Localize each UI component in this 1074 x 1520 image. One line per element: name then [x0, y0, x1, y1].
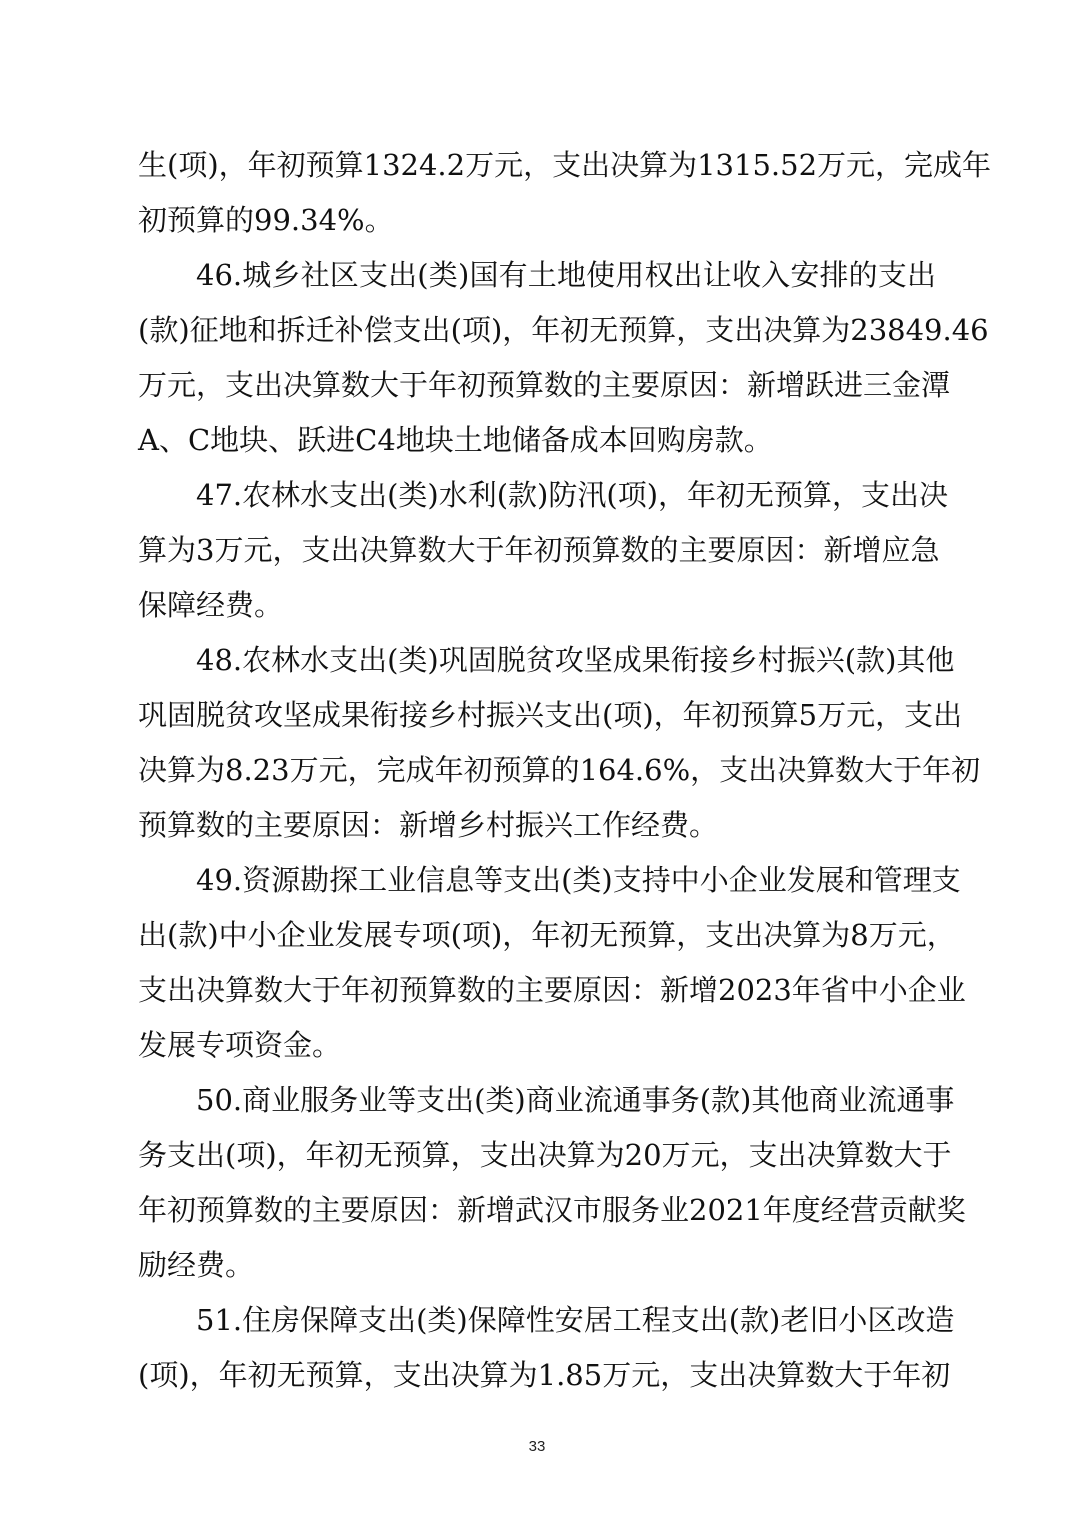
paragraph-item-46: 46.城乡社区支出(类)国有土地使用权出让收入安排的支出 (款)征地和拆迁补偿支…: [138, 248, 936, 468]
text-line: 48.农林水支出(类)巩固脱贫攻坚成果衔接乡村振兴(款)其他: [138, 633, 936, 688]
paragraph-item-49: 49.资源勘探工业信息等支出(类)支持中小企业发展和管理支 出(款)中小企业发展…: [138, 853, 936, 1073]
paragraph-continued: 生(项)，年初预算1324.2万元，支出决算为1315.52万元，完成年 初预算…: [138, 138, 936, 248]
text-line: 决算为8.23万元，完成年初预算的164.6%，支出决算数大于年初: [138, 743, 936, 798]
text-line: 出(款)中小企业发展专项(项)，年初无预算，支出决算为8万元，: [138, 908, 936, 963]
paragraph-item-48: 48.农林水支出(类)巩固脱贫攻坚成果衔接乡村振兴(款)其他 巩固脱贫攻坚成果衔…: [138, 633, 936, 853]
text-line: 算为3万元，支出决算数大于年初预算数的主要原因：新增应急: [138, 523, 936, 578]
document-page: 生(项)，年初预算1324.2万元，支出决算为1315.52万元，完成年 初预算…: [138, 138, 936, 1403]
text-line: 年初预算数的主要原因：新增武汉市服务业2021年度经营贡献奖: [138, 1183, 936, 1238]
paragraph-item-50: 50.商业服务业等支出(类)商业流通事务(款)其他商业流通事 务支出(项)，年初…: [138, 1073, 936, 1293]
text-line: 51.住房保障支出(类)保障性安居工程支出(款)老旧小区改造: [138, 1293, 936, 1348]
text-line: 生(项)，年初预算1324.2万元，支出决算为1315.52万元，完成年: [138, 138, 936, 193]
text-line: 务支出(项)，年初无预算，支出决算为20万元，支出决算数大于: [138, 1128, 936, 1183]
text-line: A、C地块、跃进C4地块土地储备成本回购房款。: [138, 413, 936, 468]
text-line: 初预算的99.34%。: [138, 193, 936, 248]
page-number: 33: [0, 1438, 1074, 1455]
text-line: 50.商业服务业等支出(类)商业流通事务(款)其他商业流通事: [138, 1073, 936, 1128]
text-line: 预算数的主要原因：新增乡村振兴工作经费。: [138, 798, 936, 853]
text-line: 万元，支出决算数大于年初预算数的主要原因：新增跃进三金潭: [138, 358, 936, 413]
text-line: 49.资源勘探工业信息等支出(类)支持中小企业发展和管理支: [138, 853, 936, 908]
text-line: (款)征地和拆迁补偿支出(项)，年初无预算，支出决算为23849.46: [138, 303, 936, 358]
text-line: 巩固脱贫攻坚成果衔接乡村振兴支出(项)，年初预算5万元，支出: [138, 688, 936, 743]
text-line: 发展专项资金。: [138, 1018, 936, 1073]
text-line: 励经费。: [138, 1238, 936, 1293]
paragraph-item-51: 51.住房保障支出(类)保障性安居工程支出(款)老旧小区改造 (项)，年初无预算…: [138, 1293, 936, 1403]
text-line: 47.农林水支出(类)水利(款)防汛(项)，年初无预算，支出决: [138, 468, 936, 523]
text-line: 保障经费。: [138, 578, 936, 633]
text-line: 支出决算数大于年初预算数的主要原因：新增2023年省中小企业: [138, 963, 936, 1018]
paragraph-item-47: 47.农林水支出(类)水利(款)防汛(项)，年初无预算，支出决 算为3万元，支出…: [138, 468, 936, 633]
text-line: 46.城乡社区支出(类)国有土地使用权出让收入安排的支出: [138, 248, 936, 303]
text-line: (项)，年初无预算，支出决算为1.85万元，支出决算数大于年初: [138, 1348, 936, 1403]
